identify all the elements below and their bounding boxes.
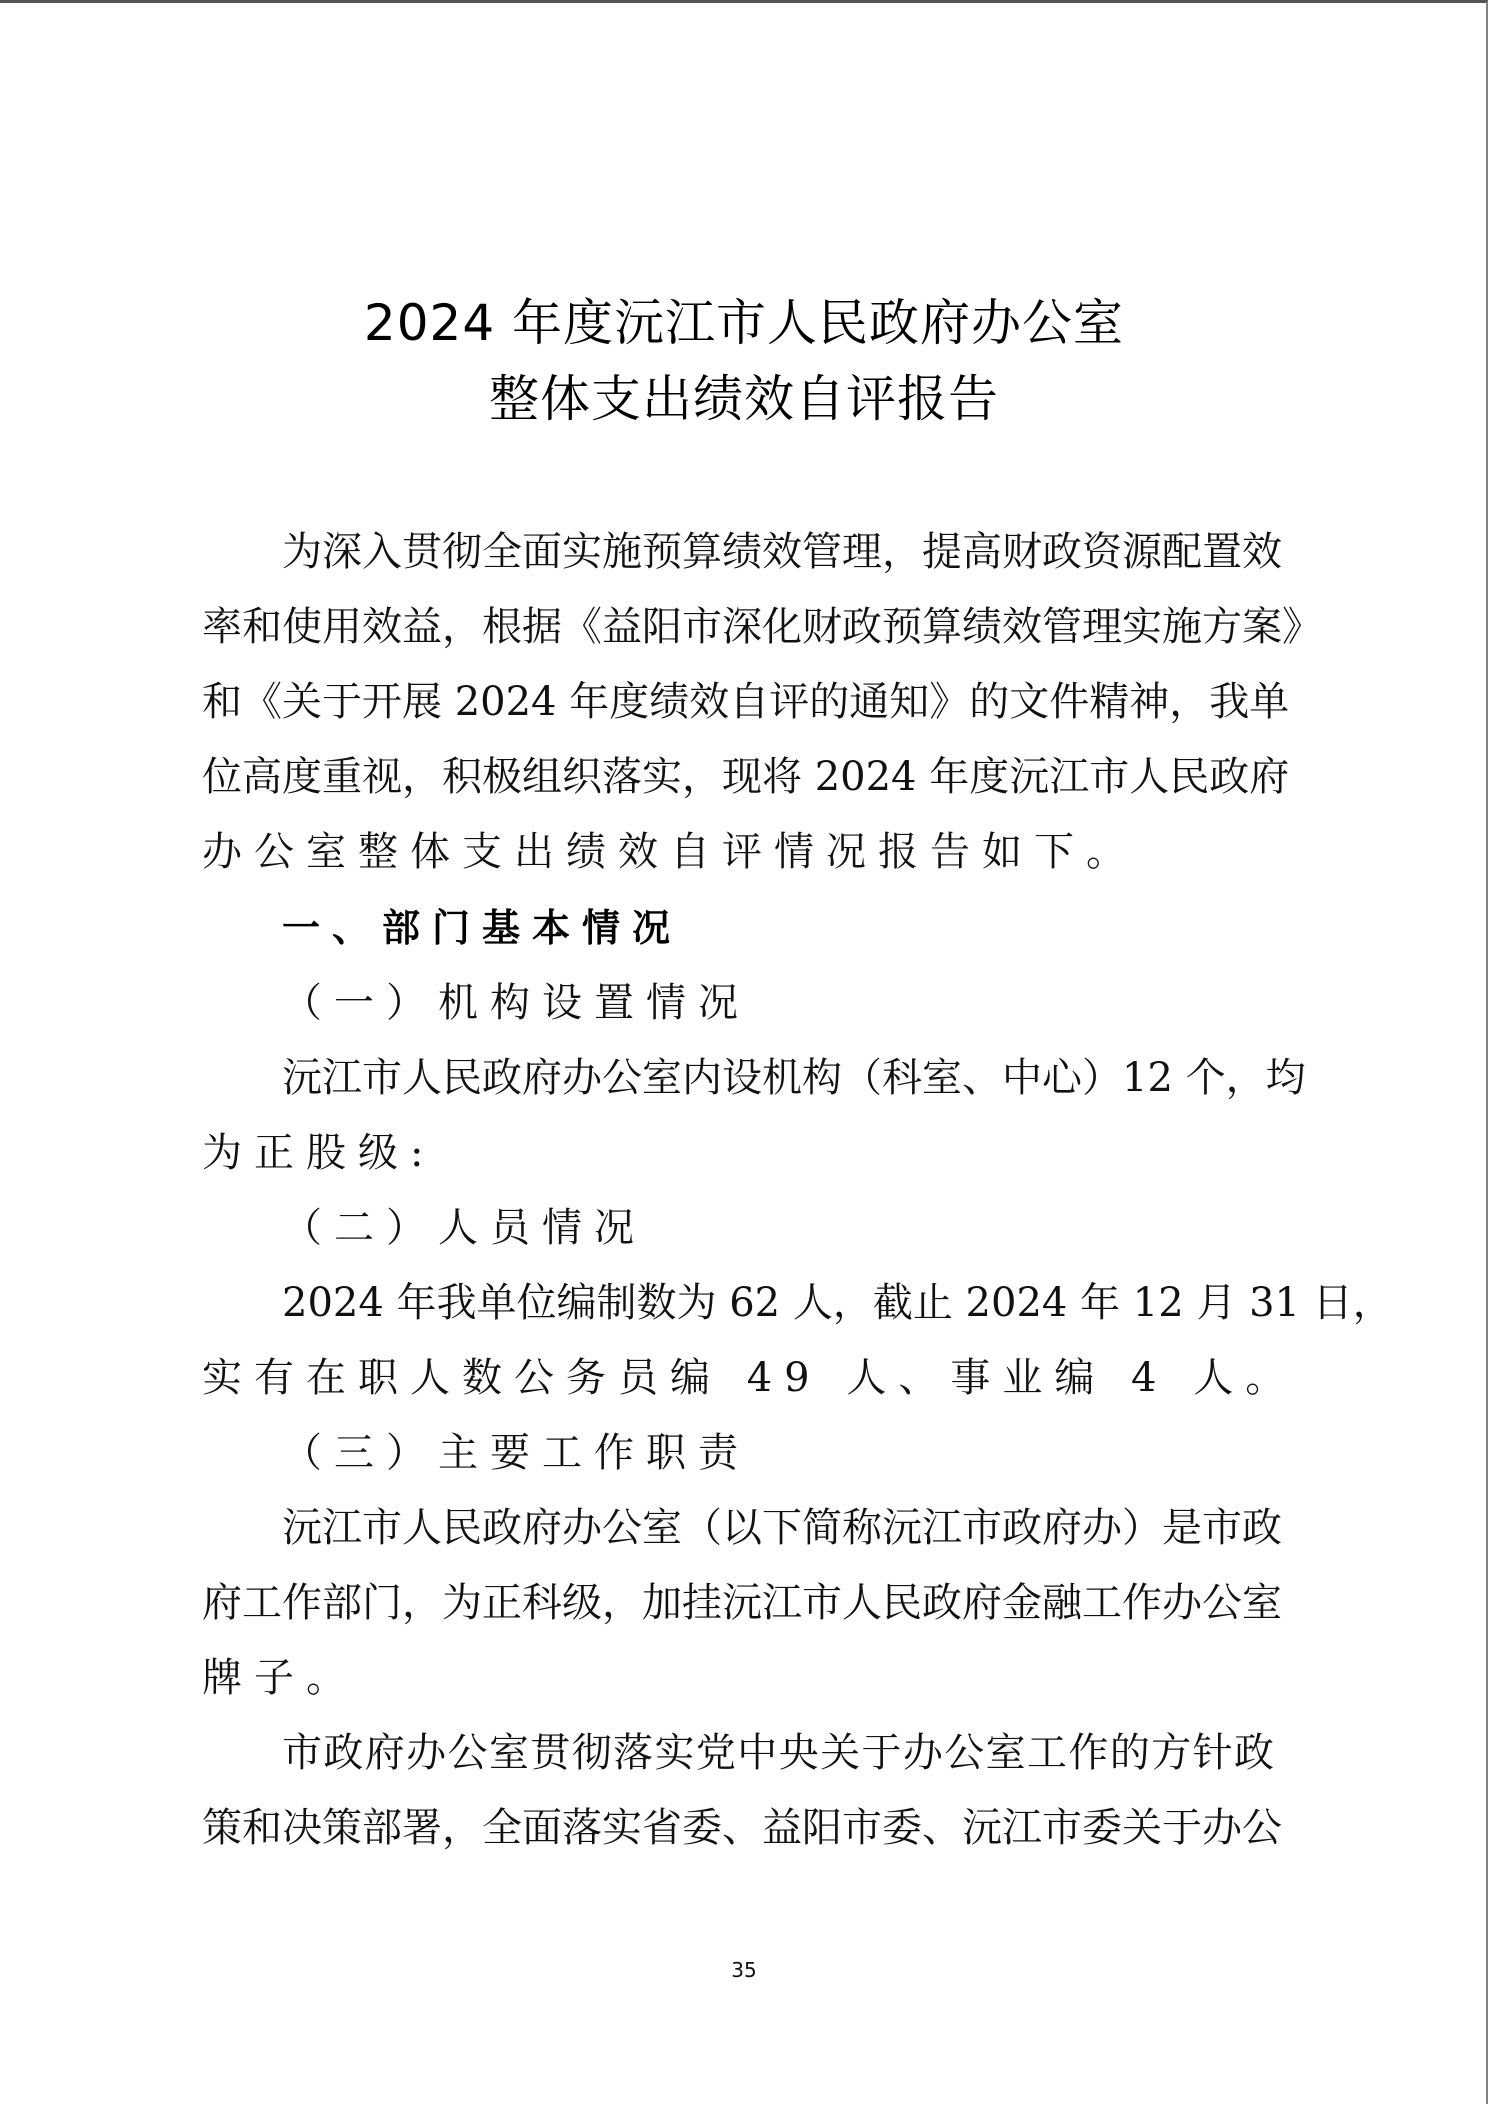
- intro-line-5: 办公室整体支出绩效自评情况报告如下。: [202, 815, 1138, 890]
- duties-p2-line-1: 市政府办公室贯彻落实党中央关于办公室工作的方针政: [282, 1716, 1274, 1791]
- duties-p1-line-1: 沅江市人民政府办公室（以下简称沅江市政府办）是市政: [282, 1491, 1274, 1566]
- section-heading-basic-info: 一、部门基本情况: [282, 891, 682, 966]
- org-line-2: 为正股级:: [202, 1116, 435, 1191]
- personnel-line-2: 实有在职人数公务员编 49 人、事业编 4 人。: [202, 1341, 1297, 1416]
- intro-line-3: 和《关于开展 2024 年度绩效自评的通知》的文件精神，我单: [202, 665, 1274, 740]
- duties-p1-line-3: 牌子。: [202, 1641, 358, 1716]
- duties-p1-line-2: 府工作部门，为正科级，加挂沅江市人民政府金融工作办公室: [202, 1566, 1274, 1641]
- intro-line-4: 位高度重视，积极组织落实，现将 2024 年度沅江市人民政府: [202, 740, 1274, 815]
- document-title-line-2: 整体支出绩效自评报告: [0, 361, 1488, 437]
- subheading-organization: （一）机构设置情况: [282, 966, 750, 1041]
- personnel-line-1: 2024 年我单位编制数为 62 人，截止 2024 年 12 月 31 日，: [282, 1266, 1274, 1341]
- subheading-duties: （三）主要工作职责: [282, 1416, 750, 1491]
- subheading-personnel: （二）人员情况: [282, 1191, 646, 1266]
- duties-p2-line-2: 策和决策部署，全面落实省委、益阳市委、沅江市委关于办公: [202, 1791, 1274, 1866]
- document-page: 2024 年度沅江市人民政府办公室 整体支出绩效自评报告 为深入贯彻全面实施预算…: [0, 0, 1488, 2104]
- document-title-line-1: 2024 年度沅江市人民政府办公室: [0, 285, 1488, 361]
- org-line-1: 沅江市人民政府办公室内设机构（科室、中心）12 个，均: [282, 1041, 1274, 1116]
- intro-line-2: 率和使用效益，根据《益阳市深化财政预算绩效管理实施方案》: [202, 590, 1274, 665]
- page-number: 35: [0, 1955, 1488, 1985]
- intro-line-1: 为深入贯彻全面实施预算绩效管理，提高财政资源配置效: [282, 515, 1274, 590]
